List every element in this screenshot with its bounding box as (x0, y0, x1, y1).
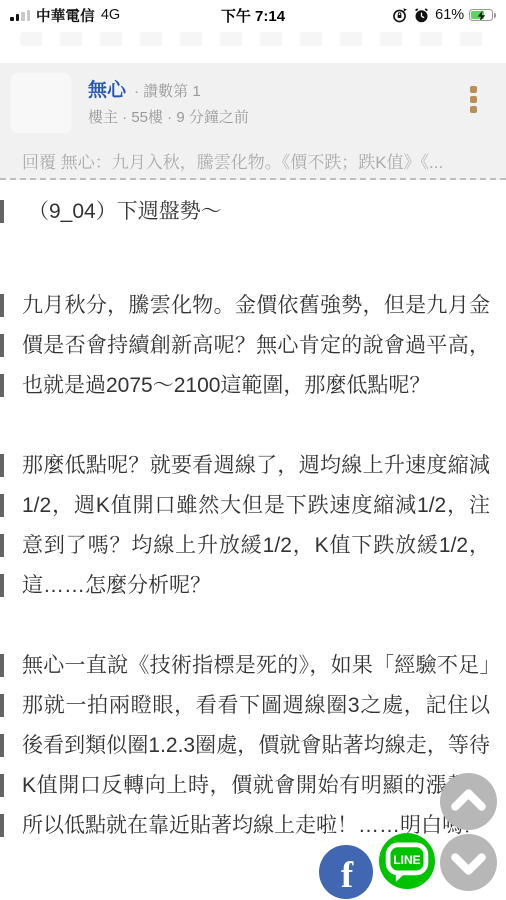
kebab-menu-icon[interactable] (466, 86, 480, 120)
chevron-up-icon (440, 773, 497, 830)
faded-underlay-strip (20, 32, 486, 46)
post-header-card: 無心 · 讚數第 1 樓主 · 55樓 · 9 分鐘之前 回覆 無心：九月入秋，… (0, 63, 506, 180)
battery-charging-icon (469, 9, 496, 21)
line-icon: LINE (379, 833, 435, 889)
status-left: 中華電信 4G (10, 5, 120, 26)
facebook-icon: f (341, 857, 353, 894)
orientation-lock-icon (391, 7, 408, 24)
scroll-up-button[interactable] (440, 773, 497, 830)
scroll-down-button[interactable] (440, 834, 497, 891)
chevron-down-icon (440, 834, 497, 891)
status-bar: 中華電信 4G 下午 7:14 61% (0, 0, 506, 30)
paragraph-3: 無心一直說《技術指標是死的》，如果「經驗不足」那就一拍兩瞪眼，看看下圖週線圈3之… (22, 646, 490, 846)
facebook-share-button[interactable]: f (319, 845, 373, 899)
user-line: 無心 · 讚數第 1 (88, 75, 201, 102)
post-meta: 樓主 · 55樓 · 9 分鐘之前 (88, 106, 249, 127)
post-title: （9_04）下週盤勢～ (28, 192, 490, 232)
signal-bars-icon (10, 10, 30, 21)
svg-text:LINE: LINE (393, 853, 420, 867)
paragraph-2: 那麼低點呢？就要看週線了，週均線上升速度縮減1/2，週K值開口雖然大但是下跌速度… (22, 446, 490, 606)
line-share-button[interactable]: LINE (379, 833, 435, 889)
alarm-clock-icon (413, 7, 430, 24)
reply-quote-bar[interactable]: 回覆 無心：九月入秋，騰雲化物。《價不跌；跌K值》《... (22, 148, 492, 173)
username-link[interactable]: 無心 (88, 75, 126, 102)
like-rank-label: · 讚數第 1 (134, 80, 201, 101)
carrier-label: 中華電信 (36, 5, 95, 26)
battery-percent-label: 61% (435, 7, 464, 23)
avatar[interactable] (10, 72, 72, 134)
network-type-label: 4G (101, 7, 120, 23)
forum-post-screen: { "status_bar": { "carrier": "中華電信", "ne… (0, 0, 506, 900)
status-right: 61% (391, 7, 496, 24)
paragraph-1: 九月秋分，騰雲化物。金價依舊強勢，但是九月金價是否會持續創新高呢？無心肯定的說會… (22, 286, 490, 406)
post-body: （9_04）下週盤勢～ 九月秋分，騰雲化物。金價依舊強勢，但是九月金價是否會持續… (0, 180, 506, 900)
